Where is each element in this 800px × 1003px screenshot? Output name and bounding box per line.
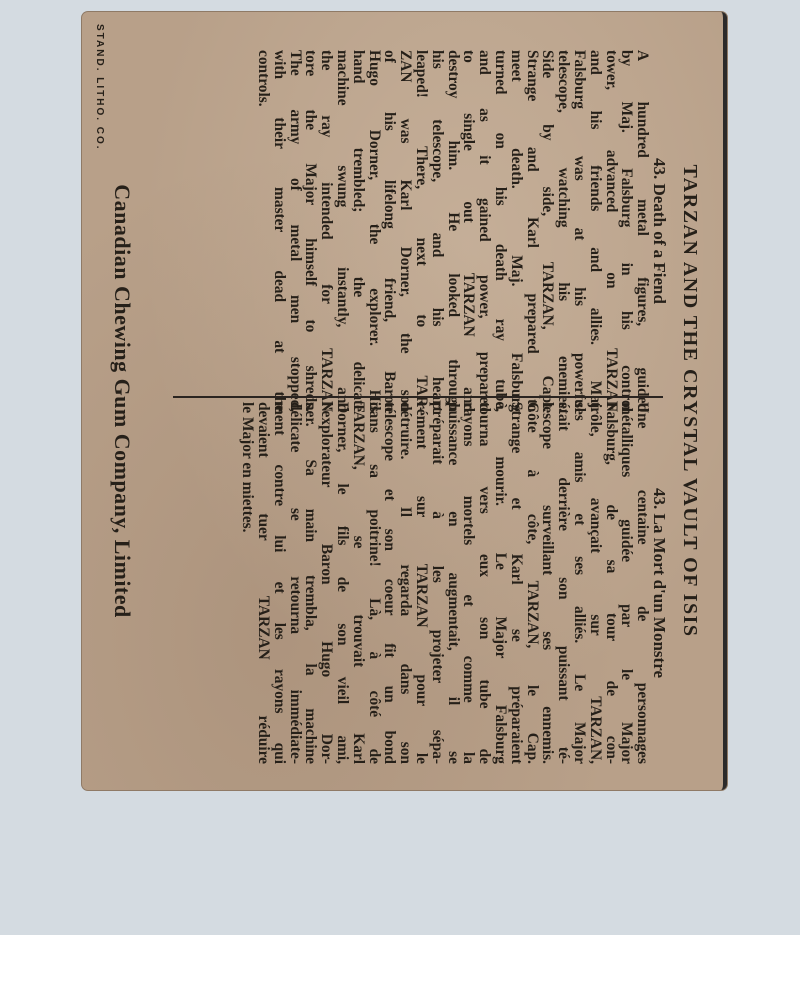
text-line: Strange et Karl se préparaient <box>508 402 524 764</box>
text-line: l'explorateur Baron Hugo Dor- <box>318 402 334 764</box>
text-line: délicate se retourna immédiate- <box>287 402 303 764</box>
text-line: Côte à côte, TARZAN, le Cap. <box>524 402 540 764</box>
column-divider <box>173 396 663 398</box>
text-line: tower, advanced on TARZAN <box>603 50 619 412</box>
text-line: ZAN was Karl Dorner, the son <box>397 50 413 412</box>
text-line: TARZAN, se trouvait Karl <box>350 402 366 764</box>
text-line: and as it gained power, prepared <box>476 50 492 412</box>
text-line: ner. Sa main trembla, la machine <box>303 402 319 764</box>
text-line: à mourir. Le Major Falsburg <box>492 402 508 764</box>
french-body: Une centaine de personnagesmétalliques g… <box>239 402 650 764</box>
text-line: devaient tuer TARZAN réduire <box>255 402 271 764</box>
card-rotated: TARZAN AND THE CRYSTAL VAULT OF ISIS 43.… <box>82 12 727 790</box>
text-line: télescope et son coeur fit un bond <box>382 402 398 764</box>
english-heading: 43. Death of a Fiend <box>651 50 667 412</box>
company-name: Canadian Chewing Gum Company, Limited <box>109 12 135 790</box>
text-line: métalliques guidée par le Major <box>619 402 635 764</box>
text-line: with their master dead at the <box>271 50 287 412</box>
text-line: trôle, avançait sur TARZAN, <box>587 402 603 764</box>
text-line: Hugo Dorner, the explorer. His <box>366 50 382 412</box>
text-line: lescope surveillant ses ennemis. <box>540 402 556 764</box>
text-line: puissance en augmentait, il se <box>445 402 461 764</box>
text-line: leaped! There, next to TAR- <box>413 50 429 412</box>
french-text-column: 43. La Mort d'un Monstre Une centaine de… <box>239 402 667 764</box>
text-line: ses amis et ses alliés. Le Major <box>571 402 587 764</box>
text-line: and his friends and allies. Maj. <box>587 50 603 412</box>
french-heading: 43. La Mort d'un Monstre <box>651 402 667 764</box>
text-line: controls. <box>255 50 271 412</box>
english-text-column: 43. Death of a Fiend A hundred metal fig… <box>255 50 667 412</box>
text-line: hand trembled; the delicate <box>350 50 366 412</box>
text-line: to single out TARZAN and <box>461 50 477 412</box>
text-line: était derrière son puissant té- <box>555 402 571 764</box>
text-line: machine swung instantly, and <box>334 50 350 412</box>
card-title: TARZAN AND THE CRYSTAL VAULT OF ISIS <box>678 12 701 790</box>
text-line: le Major en miettes. <box>239 402 255 764</box>
trading-card-back: TARZAN AND THE CRYSTAL VAULT OF ISIS 43.… <box>82 12 727 790</box>
text-line: the ray intended for TARZAN <box>318 50 334 412</box>
text-line: by Maj. Falsburg in his control <box>619 50 635 412</box>
text-line: The army of metal men stopped, <box>287 50 303 412</box>
text-line: détruire. Il regarda dans son <box>397 402 413 764</box>
text-line: Strange and Karl prepared to <box>524 50 540 412</box>
text-line: tore the Major himself to shreds. <box>303 50 319 412</box>
text-line: A hundred metal figures, guided <box>634 50 650 412</box>
text-line: préparait à les projeter sépa- <box>429 402 445 764</box>
text-line: his telescope, and his heart <box>429 50 445 412</box>
text-line: rayons mortels et comme la <box>461 402 477 764</box>
printer-credit: STAND. LITHO. CO. <box>94 24 105 151</box>
text-line: tourna vers eux son tube de <box>476 402 492 764</box>
text-line: turned on his death ray tube, <box>492 50 508 412</box>
text-line: dans sa poitrine! Là, à côté de <box>366 402 382 764</box>
text-line: destroy him. He looked through <box>445 50 461 412</box>
text-line: meet death. Maj. Falsburg <box>508 50 524 412</box>
text-line: ment contre lui et les rayons qui <box>271 402 287 764</box>
text-line: Dorner, le fils de son vieil ami, <box>334 402 350 764</box>
text-line: Une centaine de personnages <box>634 402 650 764</box>
text-line: Side by side, TARZAN, Capt. <box>540 50 556 412</box>
text-line: of his lifelong friend, Baron <box>382 50 398 412</box>
english-body: A hundred metal figures, guidedby Maj. F… <box>255 50 650 412</box>
text-line: telescope, watching his enemies. <box>555 50 571 412</box>
text-line: rément sur TARZAN pour le <box>413 402 429 764</box>
text-line: Falsburg was at his powerful <box>571 50 587 412</box>
text-line: Falsburg, de sa tour de con- <box>603 402 619 764</box>
